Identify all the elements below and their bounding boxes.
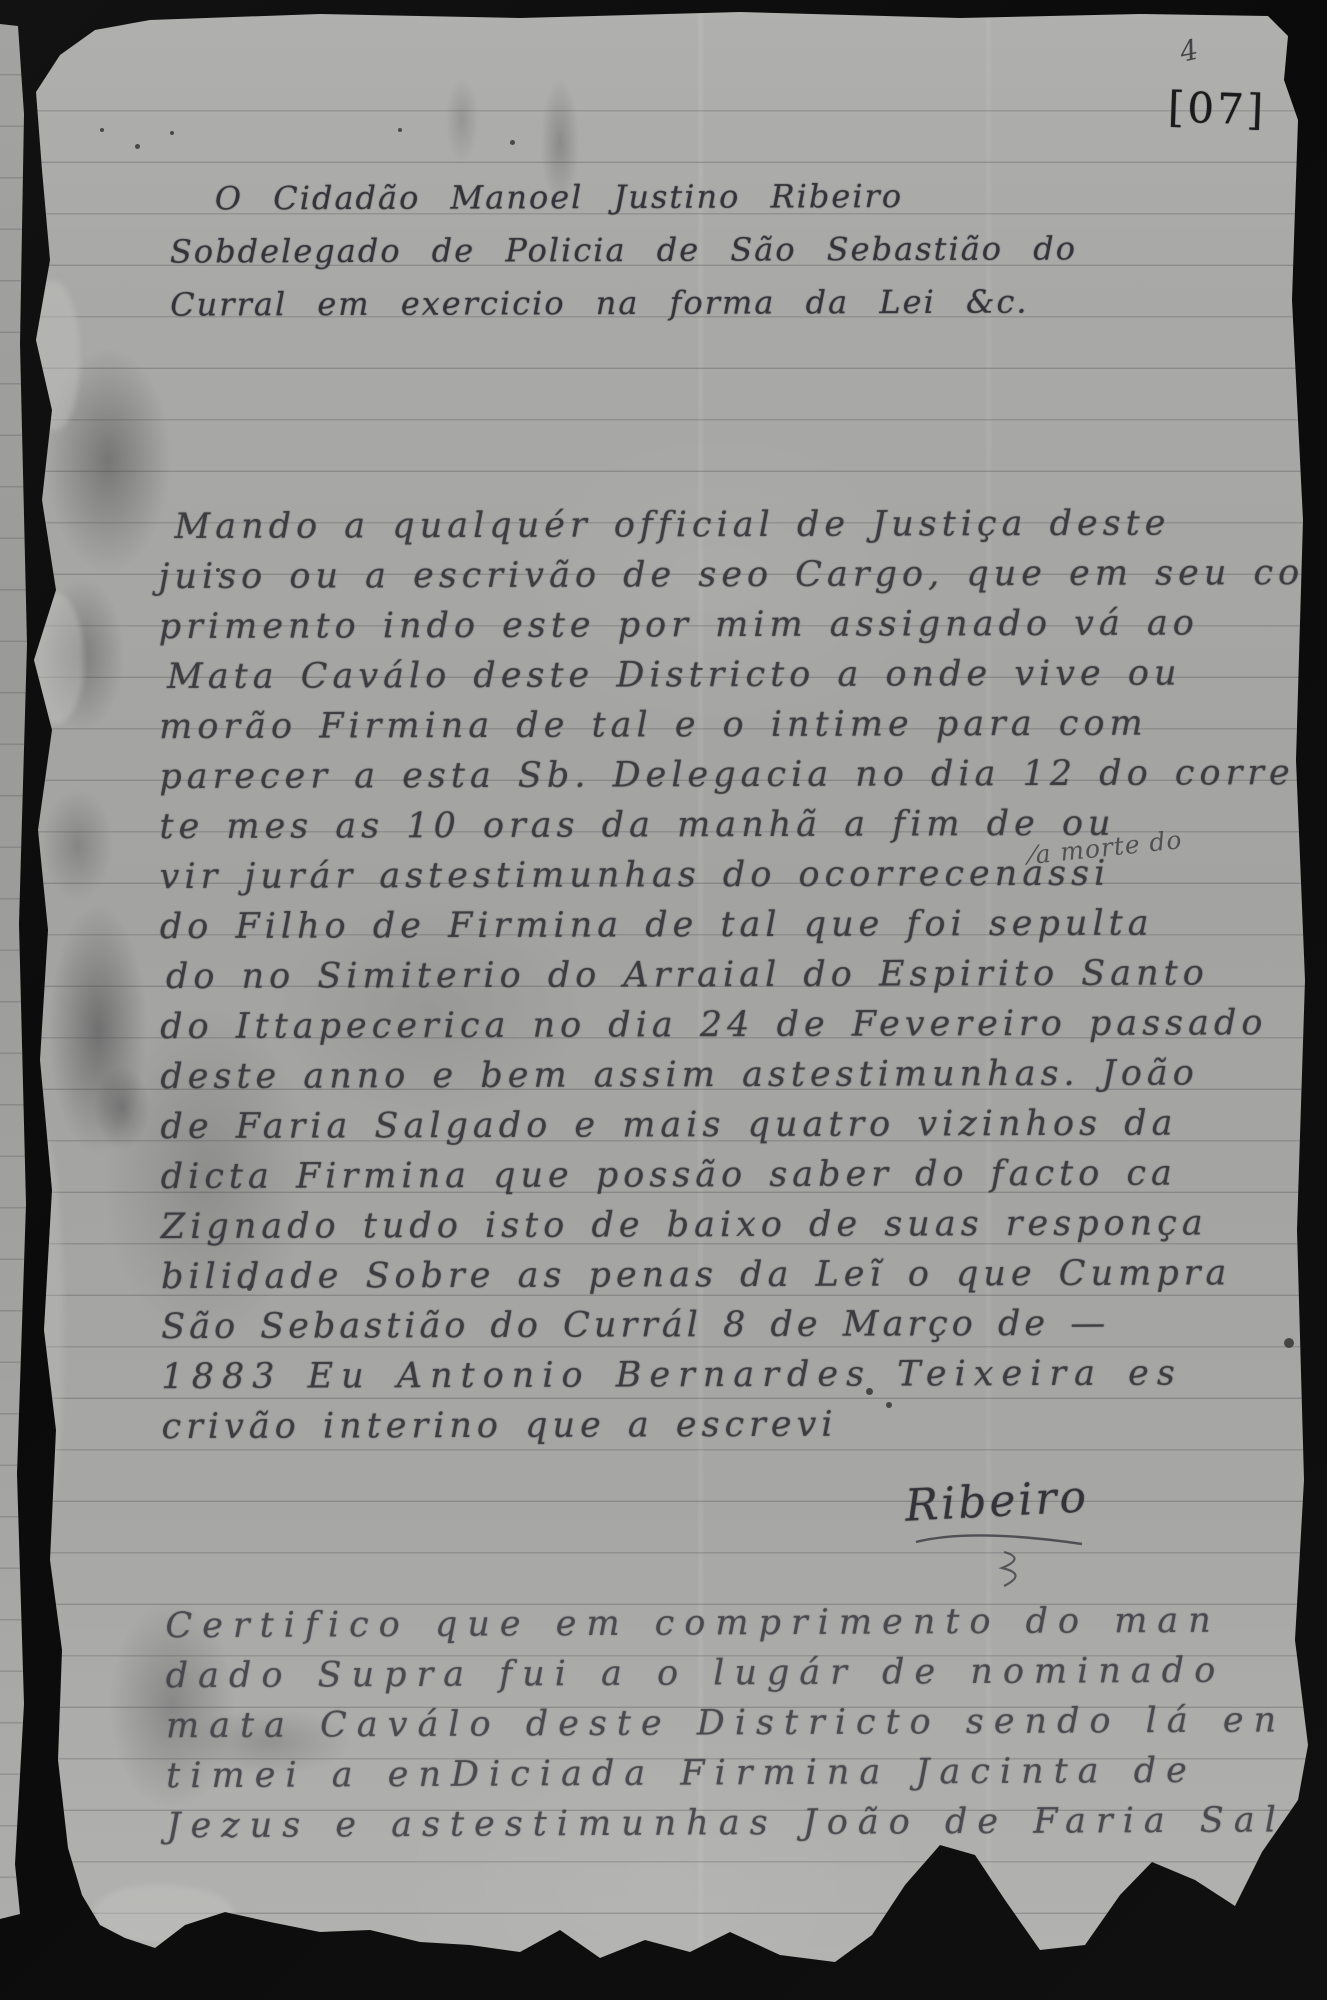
script-line: primento indo este por mim assignado vá … [159,603,1327,657]
certificate-block: Certifico que em comprimento do mandado … [165,1600,1327,1857]
script-line: Certifico que em comprimento do man [165,1600,1327,1657]
ink-speck [100,128,104,132]
script-line: bilidade Sobre as penas da Leĩ o que Cum… [161,1253,1327,1307]
script-line: Sobdelegado de Policia de São Sebastião … [170,229,1077,285]
script-line: mata Caválo deste Districto sendo lá en [166,1700,1327,1757]
script-line: de Faria Salgado e mais quatro vizinhos … [160,1103,1327,1157]
script-line: 1883 Eu Antonio Bernardes Teixeira es [161,1353,1327,1407]
ink-speck [510,140,515,145]
script-line: do Ittapecerica no dia 24 de Fevereiro p… [160,1003,1327,1057]
heading-block: O Cidadão Manoel Justino RibeiroSobdeleg… [170,176,1078,338]
script-line: O Cidadão Manoel Justino Ribeiro [215,176,1077,232]
document-page: 4 [07] O Cidadão Manoel Justino RibeiroS… [0,0,1327,2000]
script-line: vir jurár astestimunhas do ocorrecenassi [160,853,1327,907]
ink-speck [170,131,174,135]
ink-speck [135,144,140,149]
script-line: Zignado tudo isto de baixo de suas respo… [161,1203,1327,1257]
neighbor-page-edge [0,24,30,1919]
script-line: Jezus e astestimunhas João de Faria Salg… [166,1800,1327,1857]
mandado-body: Mando a qualquér official de Justiça des… [158,503,1327,1457]
scan-background: 4 [07] O Cidadão Manoel Justino RibeiroS… [0,0,1327,2000]
script-line: São Sebastião do Currál 8 de Março de — [161,1303,1327,1357]
script-line: morão Firmina de tal e o intime para com [159,703,1327,757]
page-number: [07] [1167,82,1267,134]
script-line: timei a enDiciada Firmina Jacinta de [166,1750,1327,1807]
script-line: Mando a qualquér official de Justiça des… [174,503,1327,557]
script-line: dado Supra fui a o lugár de nominado [166,1650,1327,1707]
script-line: juiso ou a escrivão de seo Cargo, que em… [159,553,1327,607]
ink-speck [398,128,402,132]
script-line: Mata Caválo deste Districto a onde vive … [167,653,1327,707]
torn-edge-flap [95,1885,235,1943]
signature-ribeiro: Ribeiro [904,1471,1090,1532]
torn-edge-flap [28,280,80,430]
script-line: deste anno e bem assim astestimunhas. Jo… [160,1053,1327,1107]
signature-flourish [912,1528,1092,1592]
script-line: dicta Firmina que possão saber do facto … [161,1153,1327,1207]
script-line: do no Simiterio do Arraial do Espirito S… [166,953,1327,1007]
script-line: do Filho de Firmina de tal que foi sepul… [160,903,1327,957]
torn-edge-flap [26,592,84,724]
script-line: crivão interino que a escrevi [161,1403,1327,1457]
script-line: parecer a esta Sb. Delegacia no dia 12 d… [159,753,1327,807]
script-line: Curral em exercicio na forma da Lei &c. [170,282,1077,338]
